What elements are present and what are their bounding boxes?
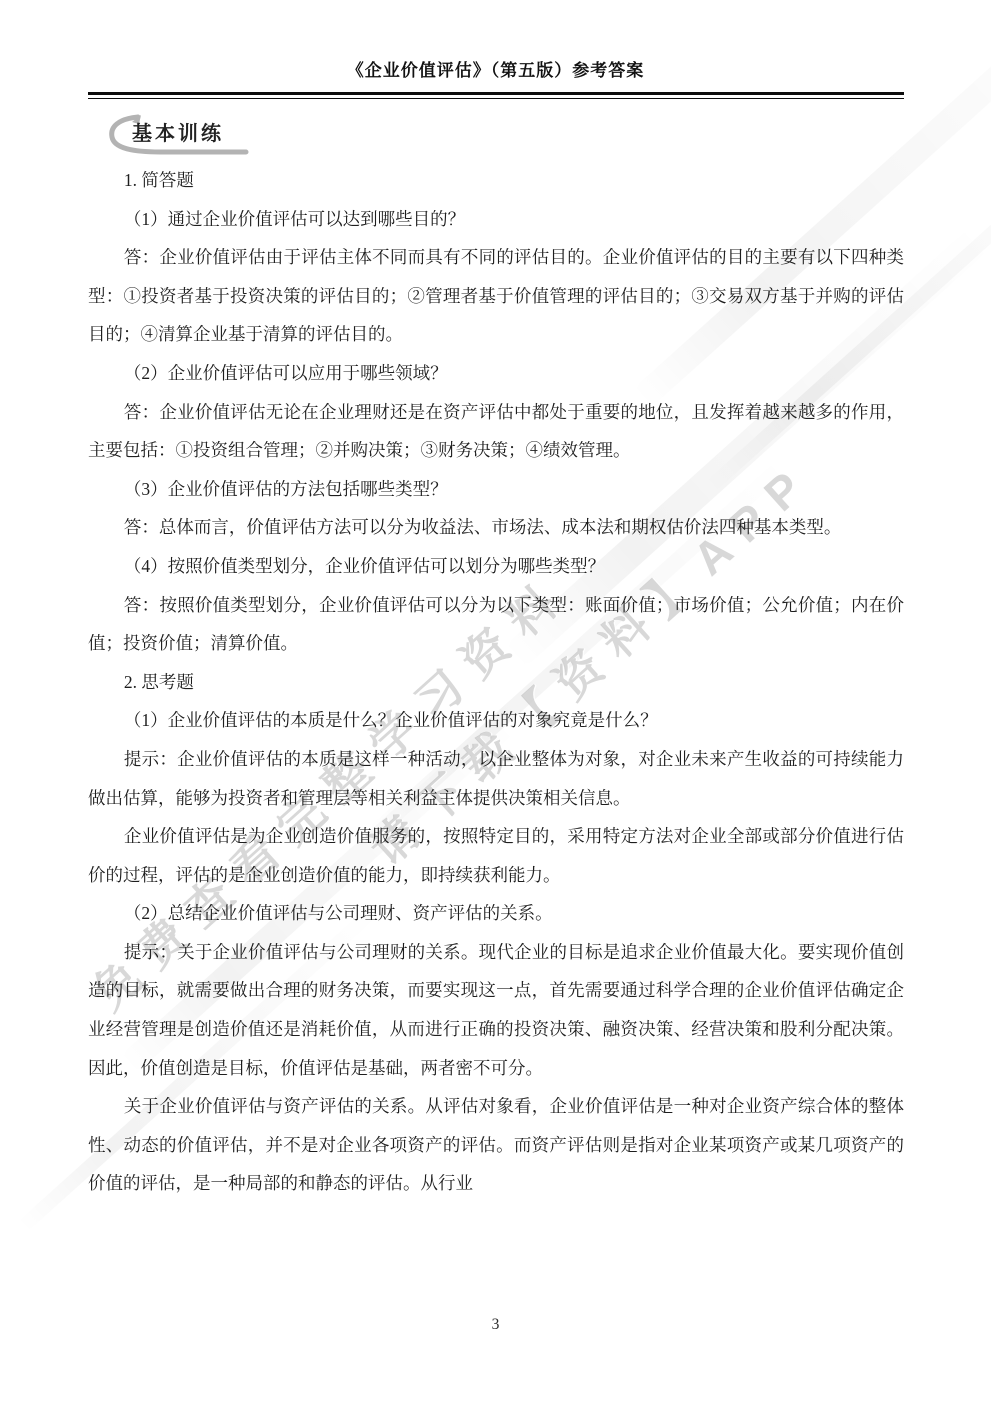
- paragraph: 关于企业价值评估与资产评估的关系。从评估对象看，企业价值评估是一种对企业资产综合…: [88, 1087, 904, 1203]
- paragraph: 答：按照价值类型划分，企业价值评估可以分为以下类型：账面价值；市场价值；公允价值…: [88, 586, 904, 663]
- paragraph: （1）企业价值评估的本质是什么？企业价值评估的对象究竟是什么？: [88, 701, 904, 740]
- paragraph: 答：企业价值评估无论在企业理财还是在资产评估中都处于重要的地位，且发挥着越来越多…: [88, 393, 904, 470]
- paragraph: （2）企业价值评估可以应用于哪些领域？: [88, 354, 904, 393]
- paragraph: 答：企业价值评估由于评估主体不同而具有不同的评估目的。企业价值评估的目的主要有以…: [88, 238, 904, 354]
- paragraph: （1）通过企业价值评估可以达到哪些目的？: [88, 200, 904, 239]
- page-number: 3: [0, 1316, 991, 1334]
- paragraph: （4）按照价值类型划分，企业价值评估可以划分为哪些类型？: [88, 547, 904, 586]
- section-heading: 基本训练: [108, 110, 368, 160]
- paragraph: （3）企业价值评估的方法包括哪些类型？: [88, 470, 904, 509]
- document-page: 免费查看完整学习资料 请下载【资料】APP 《企业价值评估》（第五版）参考答案 …: [0, 0, 991, 1403]
- paragraph: 1. 简答题: [88, 161, 904, 200]
- paragraph: 提示：企业价值评估的本质是这样一种活动，以企业整体为对象，对企业未来产生收益的可…: [88, 740, 904, 817]
- paragraph: 企业价值评估是为企业创造价值服务的，按照特定目的，采用特定方法对企业全部或部分价…: [88, 817, 904, 894]
- paragraph: 答：总体而言，价值评估方法可以分为收益法、市场法、成本法和期权估价法四种基本类型…: [88, 508, 904, 547]
- paragraph: 2. 思考题: [88, 663, 904, 702]
- section-title: 基本训练: [132, 117, 224, 146]
- header-double-rule: [88, 92, 904, 99]
- content-layer: 《企业价值评估》（第五版）参考答案 基本训练 1. 简答题 （1）通过企业价值评…: [0, 0, 991, 1403]
- header-title: 《企业价值评估》（第五版）参考答案: [0, 56, 991, 81]
- document-body: 1. 简答题 （1）通过企业价值评估可以达到哪些目的？ 答：企业价值评估由于评估…: [88, 161, 904, 1203]
- paragraph: （2）总结企业价值评估与公司理财、资产评估的关系。: [88, 894, 904, 933]
- paragraph: 提示：关于企业价值评估与公司理财的关系。现代企业的目标是追求企业价值最大化。要实…: [88, 933, 904, 1087]
